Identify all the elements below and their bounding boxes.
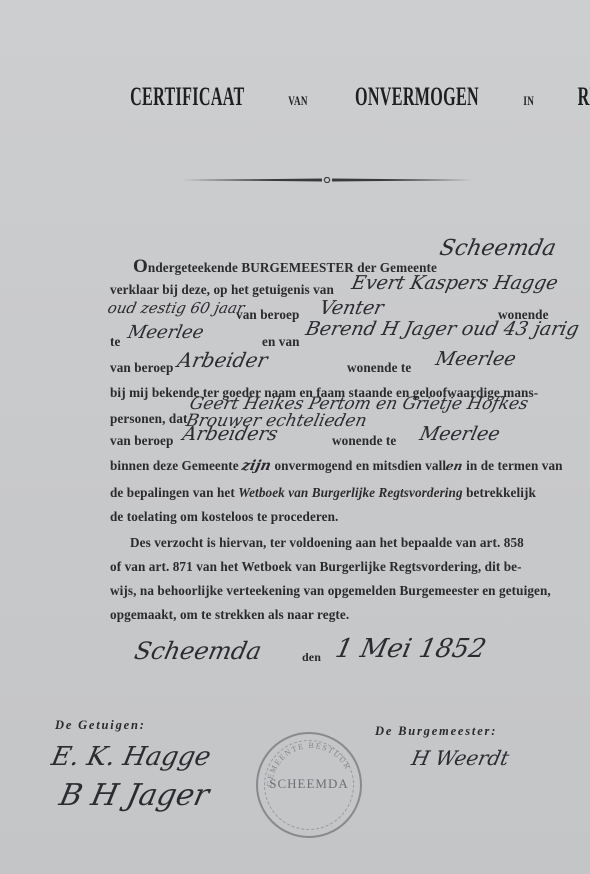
label-van-beroep-2: van beroep [110,360,173,376]
handwritten-residence-1: Meerlee [126,322,206,343]
document-paper: CERTIFICAAT VAN ONVERMOGEN IN REGTSZAKEN… [0,0,590,874]
label-wonende-te-3: wonende te [332,433,396,449]
title-onvermogen: ONVERMOGEN [355,82,479,112]
body-line-9: binnen deze Gemeente zijn onvermogend en… [110,458,563,474]
handwritten-age-1: oud zestig 60 jaar [106,299,246,317]
handwritten-date: 1 Mei 1852 [333,634,489,664]
wetboek-title: Wetboek van Burgerlijke Regtsvordering [238,485,462,500]
handwritten-occupation-2: Arbeider [175,348,269,372]
handwritten-witness-2: Berend H Jager oud 43 jarig [304,318,581,340]
title-certificaat: CERTIFICAAT [130,82,245,112]
handwritten-zijn: zijn [240,458,272,474]
title-van: VAN [288,93,308,109]
witness-signature-2: B H Jager [56,778,212,813]
handwritten-residence-2: Meerlee [434,348,518,370]
para2-line-1: Des verzocht is hiervan, ter voldoening … [130,535,524,551]
witness-signature-1: E. K. Hagge [49,742,214,772]
label-te-1: te [110,334,120,350]
handwritten-en: en [445,459,465,473]
label-den: den [302,650,321,665]
label-van-beroep-1: van beroep [236,307,299,323]
mayor-label: De Burgemeester: [375,724,497,739]
handwritten-witness-1: Evert Kaspers Hagge [350,272,560,294]
label-wonende-te-2: wonende te [347,360,411,376]
line-text-b: onvermogend en mitsdien vall [274,458,446,473]
para2-line-3: wijs, na behoorlijke verteekening van op… [110,583,551,599]
handwritten-date-place: Scheemda [132,637,264,665]
line-text-b: betrekkelijk [466,485,536,500]
title-regtszaken: REGTSZAKEN. [578,82,590,112]
decorative-rule [182,177,472,183]
line-text-a: de bepalingen van het [110,485,235,500]
witnesses-label: De Getuigen: [55,718,146,733]
body-line-2: verklaar bij deze, op het getuigenis van [110,282,334,298]
mayor-signature: H Weerdt [409,746,511,770]
para2-line-2: of van art. 871 van het Wetboek van Burg… [110,559,522,575]
drop-cap: O [133,256,148,277]
para2-line-4: opgemaakt, om te strekken als naar regte… [110,607,349,623]
handwritten-municipality: Scheemda [437,236,558,261]
title-in: IN [524,93,535,109]
handwritten-occupation-1: Venter [318,297,386,319]
line-text-a: binnen deze Gemeente [110,458,239,473]
line-text-c: in de termen van [466,458,562,473]
municipal-seal-stamp: GEMEENTE BESTUUR SCHEEMDA [256,732,362,838]
body-line-11: de toelating om kosteloos te procederen. [110,509,338,525]
document-title: CERTIFICAAT VAN ONVERMOGEN IN REGTSZAKEN… [95,82,545,112]
handwritten-occupation-3: Arbeiders [181,423,280,445]
label-van-beroep-3: van beroep [110,433,173,449]
handwritten-residence-3: Meerlee [418,423,502,445]
label-personen-dat: personen, dat [110,411,188,427]
body-line-10: de bepalingen van het Wetboek van Burger… [110,485,536,501]
stamp-center-text: SCHEEMDA [258,776,360,792]
